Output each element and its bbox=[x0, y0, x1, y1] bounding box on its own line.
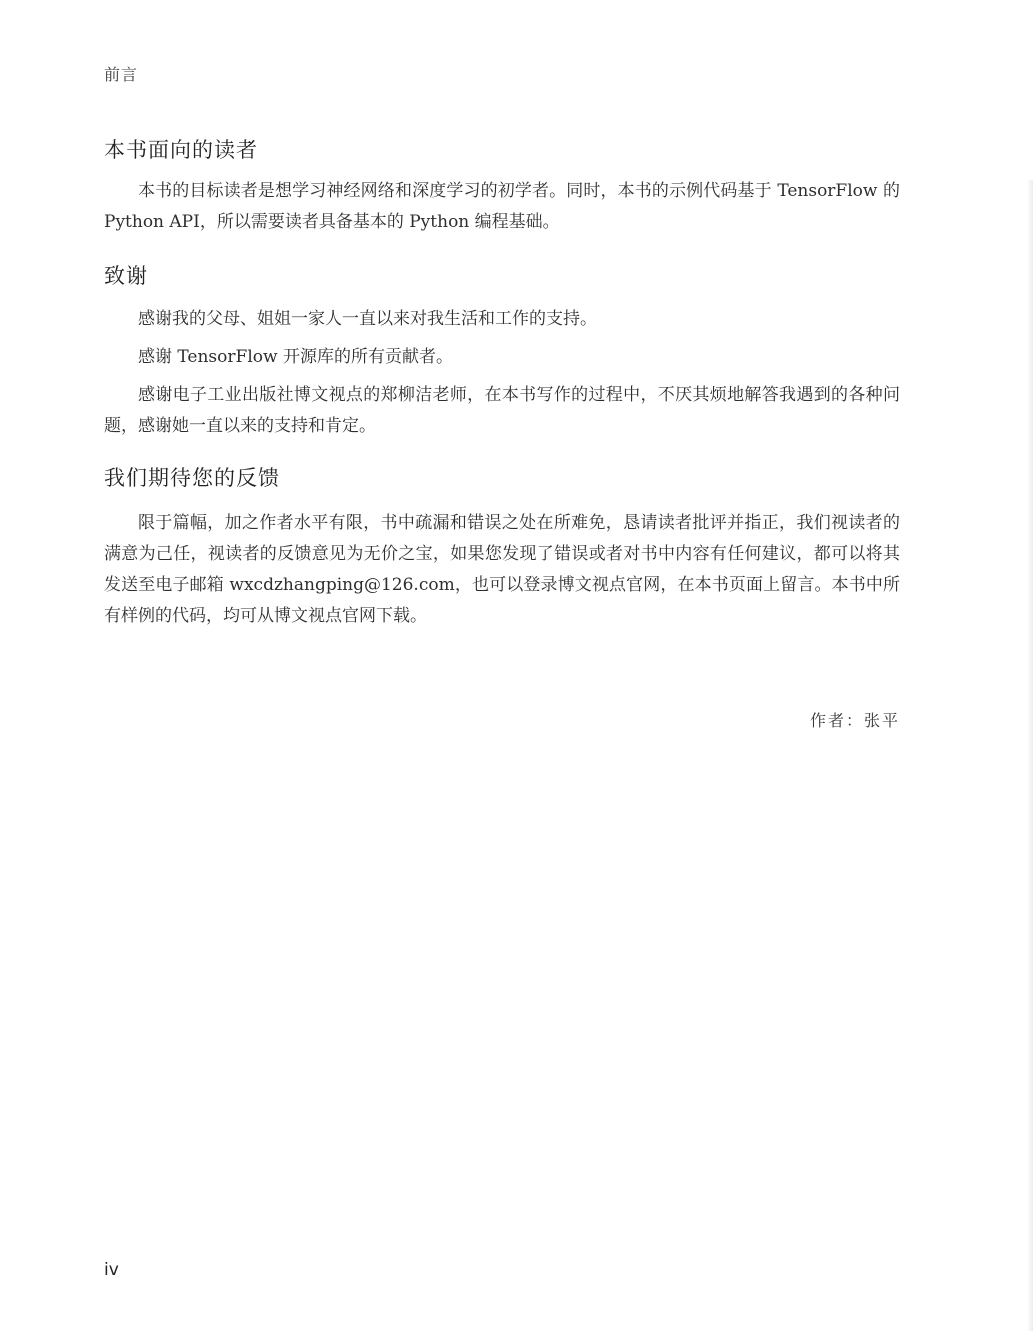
paragraph-thanks-tensorflow: 感谢 TensorFlow 开源库的所有贡献者。 bbox=[104, 342, 900, 373]
page-edge-shadow bbox=[1027, 180, 1033, 1331]
paragraph-thanks-editor: 感谢电子工业出版社博文视点的郑柳洁老师，在本书写作的过程中，不厌其烦地解答我遇到… bbox=[104, 380, 900, 442]
paragraph-audience: 本书的目标读者是想学习神经网络和深度学习的初学者。同时，本书的示例代码基于 Te… bbox=[104, 176, 900, 238]
section-heading-feedback: 我们期待您的反馈 bbox=[104, 462, 280, 492]
page-number: iv bbox=[104, 1260, 119, 1280]
author-signature: 作者：张平 bbox=[810, 708, 900, 731]
paragraph-feedback: 限于篇幅，加之作者水平有限，书中疏漏和错误之处在所难免，恳请读者批评并指正，我们… bbox=[104, 508, 900, 632]
section-heading-audience: 本书面向的读者 bbox=[104, 134, 258, 164]
section-heading-acknowledgements: 致谢 bbox=[104, 260, 148, 290]
running-head: 前言 bbox=[104, 62, 138, 85]
paragraph-thanks-family: 感谢我的父母、姐姐一家人一直以来对我生活和工作的支持。 bbox=[104, 304, 900, 335]
